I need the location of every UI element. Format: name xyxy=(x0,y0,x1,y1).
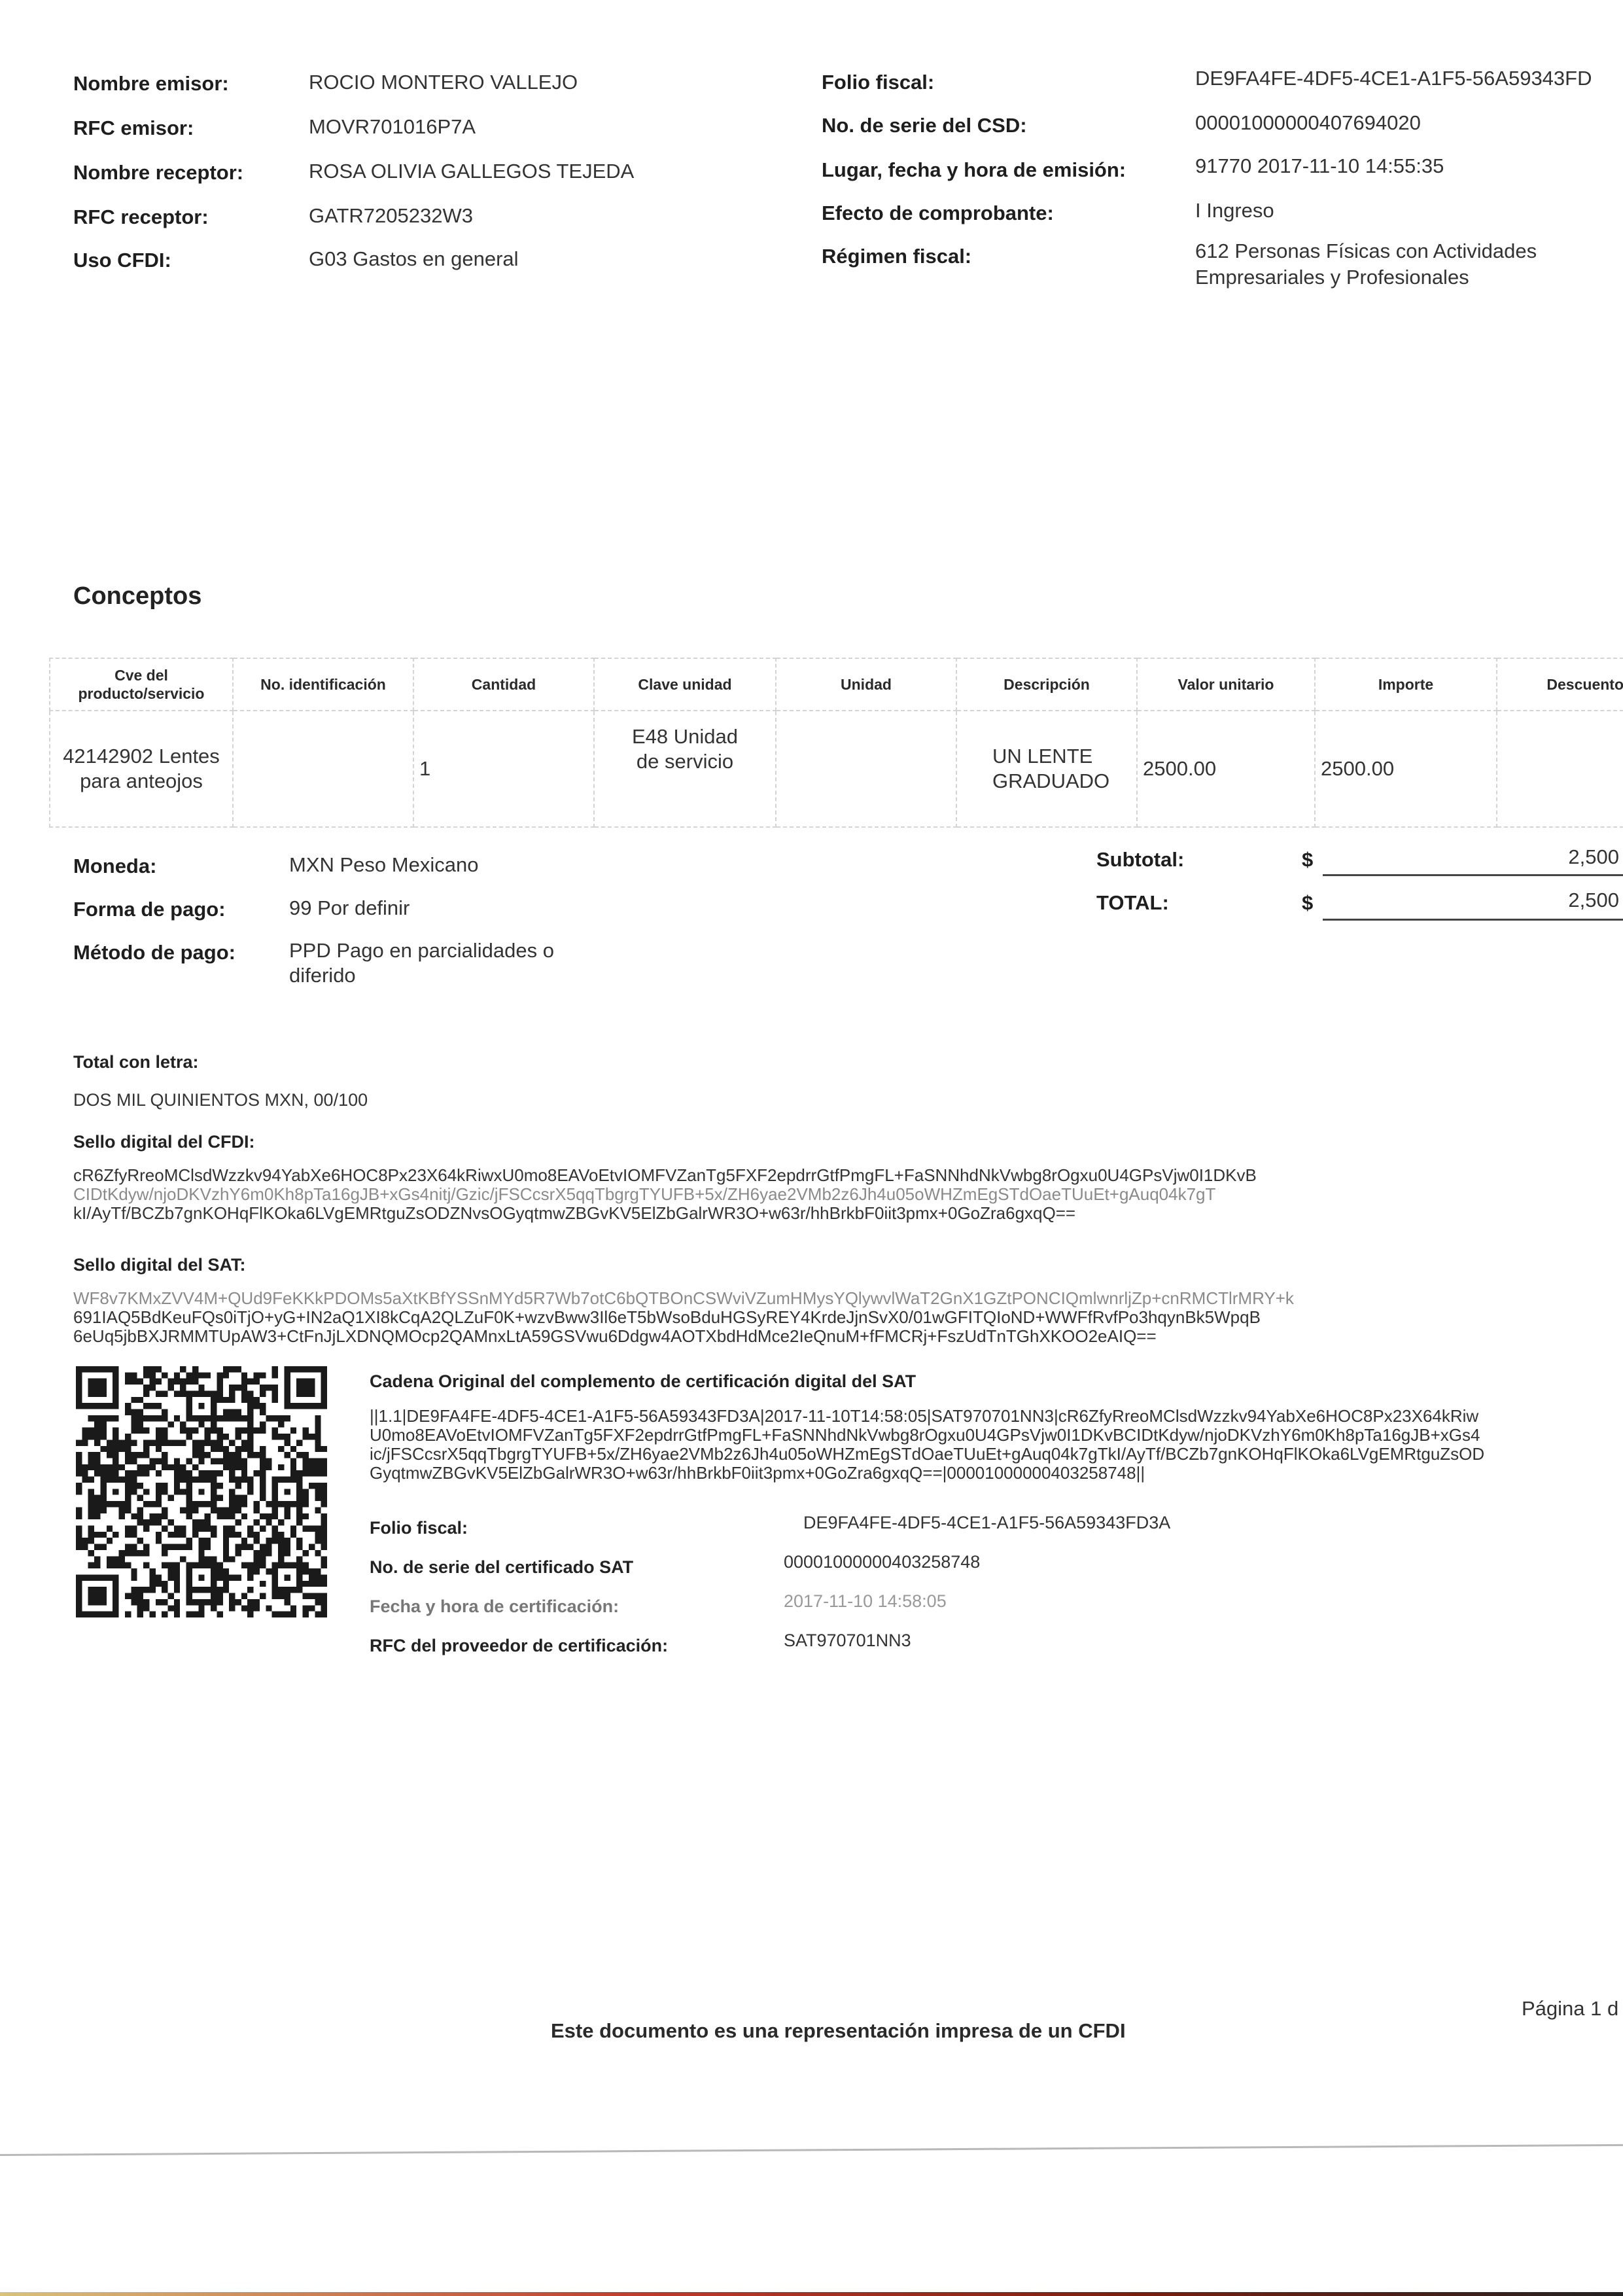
table-header-row: Cve del producto/servicio No. identifica… xyxy=(50,658,1623,711)
sello-sat-line: 6eUq5jbBXJRMMTUpAW3+CtFnJjLXDNQMOcp2QAMn… xyxy=(73,1327,1294,1346)
label-lugar-fecha-emision: Lugar, fecha y hora de emisión: xyxy=(822,158,1126,182)
sello-sat-line: WF8v7KMxZVV4M+QUd9FeKKkPDOMs5aXtKBfYSSnM… xyxy=(73,1289,1294,1308)
cadena-line: GyqtmwZBGvKV5ElZbGalrWR3O+w63r/hhBrkbF0i… xyxy=(370,1464,1484,1483)
cadena-title: Cadena Original del complemento de certi… xyxy=(370,1371,916,1392)
label-regimen-fiscal: Régimen fiscal: xyxy=(822,245,971,268)
col-valor-unitario: Valor unitario xyxy=(1137,658,1315,711)
value-cert-rfc: SAT970701NN3 xyxy=(784,1631,911,1651)
col-unidad: Unidad xyxy=(776,658,956,711)
label-moneda: Moneda: xyxy=(73,855,156,878)
cadena-line: U0mo8EAVoEtvIOMFVZanTg5FXF2epdrrGtfPmgFL… xyxy=(370,1426,1484,1445)
cell-clave-unidad: E48 Unidad de servicio xyxy=(594,711,776,827)
value-folio-fiscal: DE9FA4FE-4DF5-4CE1-A1F5-56A59343FD xyxy=(1195,67,1592,90)
sello-cfdi-line: CIDtKdyw/njoDKVzhY6m0Kh8pTa16gJB+xGs4nit… xyxy=(73,1185,1257,1204)
value-uso-cfdi: G03 Gastos en general xyxy=(309,247,519,271)
value-rfc-emisor: MOVR701016P7A xyxy=(309,115,476,139)
label-rfc-receptor: RFC receptor: xyxy=(73,205,209,229)
conceptos-table: Cve del producto/servicio No. identifica… xyxy=(49,658,1623,828)
value-nombre-receptor: ROSA OLIVIA GALLEGOS TEJEDA xyxy=(309,160,634,183)
col-cve-producto: Cve del producto/servicio xyxy=(50,658,233,711)
cadena-line: ic/jFSCcsrX5qqTbgrgTYUFB+5x/ZH6yae2VMb2z… xyxy=(370,1445,1484,1464)
value-lugar-fecha-emision: 91770 2017-11-10 14:55:35 xyxy=(1195,154,1444,178)
cell-cantidad: 1 xyxy=(413,711,594,827)
label-metodo-pago: Método de pago: xyxy=(73,941,236,964)
label-forma-pago: Forma de pago: xyxy=(73,898,226,921)
col-cantidad: Cantidad xyxy=(413,658,594,711)
value-metodo-pago: PPD Pago en parcialidades o diferido xyxy=(289,938,597,988)
label-efecto-comprobante: Efecto de comprobante: xyxy=(822,202,1054,225)
subtotal-currency: $ xyxy=(1302,848,1313,872)
label-cert-rfc: RFC del proveedor de certificación: xyxy=(370,1636,668,1656)
sello-sat-line: 691IAQ5BdKeuFQs0iTjO+yG+IN2aQ1XI8kCqA2QL… xyxy=(73,1308,1294,1327)
label-cert-folio: Folio fiscal: xyxy=(370,1518,468,1538)
col-importe: Importe xyxy=(1315,658,1497,711)
value-cert-folio: DE9FA4FE-4DF5-4CE1-A1F5-56A59343FD3A xyxy=(803,1513,1170,1533)
total-underline xyxy=(1323,919,1623,921)
value-forma-pago: 99 Por definir xyxy=(289,896,410,920)
scan-edge xyxy=(0,2292,1623,2296)
table-row: 42142902 Lentes para anteojos 1 E48 Unid… xyxy=(50,711,1623,827)
value-serie-csd: 00001000000407694020 xyxy=(1195,111,1421,135)
conceptos-title: Conceptos xyxy=(73,582,201,610)
label-uso-cfdi: Uso CFDI: xyxy=(73,249,171,272)
cell-descripcion: UN LENTE GRADUADO xyxy=(956,711,1137,827)
col-descuento: Descuento xyxy=(1497,658,1623,711)
col-clave-unidad: Clave unidad xyxy=(594,658,776,711)
page-number: Página 1 d xyxy=(1522,1997,1618,2021)
value-nombre-emisor: ROCIO MONTERO VALLEJO xyxy=(309,71,578,94)
sello-cfdi-line: cR6ZfyRreoMClsdWzzkv94YabXe6HOC8Px23X64k… xyxy=(73,1166,1257,1185)
value-total: 2,500 xyxy=(1568,889,1619,912)
value-efecto-comprobante: I Ingreso xyxy=(1195,199,1274,222)
value-moneda: MXN Peso Mexicano xyxy=(289,853,478,877)
col-no-identificacion: No. identificación xyxy=(233,658,413,711)
footer-note: Este documento es una representación imp… xyxy=(551,2019,1126,2043)
label-sello-cfdi: Sello digital del CFDI: xyxy=(73,1132,255,1152)
page-fold-line xyxy=(0,2144,1623,2156)
qr-code-icon xyxy=(73,1366,330,1617)
value-total-letra: DOS MIL QUINIENTOS MXN, 00/100 xyxy=(73,1090,368,1110)
label-total: TOTAL: xyxy=(1096,891,1169,915)
cell-descuento xyxy=(1497,711,1623,827)
col-descripcion: Descripción xyxy=(956,658,1137,711)
cadena-line: ||1.1|DE9FA4FE-4DF5-4CE1-A1F5-56A59343FD… xyxy=(370,1407,1484,1426)
label-nombre-receptor: Nombre receptor: xyxy=(73,161,243,185)
cadena-text: ||1.1|DE9FA4FE-4DF5-4CE1-A1F5-56A59343FD… xyxy=(370,1407,1484,1483)
cell-no-identificacion xyxy=(233,711,413,827)
sello-sat-text: WF8v7KMxZVV4M+QUd9FeKKkPDOMs5aXtKBfYSSnM… xyxy=(73,1289,1294,1346)
label-cert-serie: No. de serie del certificado SAT xyxy=(370,1557,633,1578)
total-currency: $ xyxy=(1302,891,1313,915)
cell-unidad xyxy=(776,711,956,827)
subtotal-underline xyxy=(1323,874,1623,876)
value-regimen-fiscal: 612 Personas Físicas con Actividades Emp… xyxy=(1195,238,1588,291)
label-cert-fecha: Fecha y hora de certificación: xyxy=(370,1597,619,1617)
value-cert-serie: 00001000000403258748 xyxy=(784,1552,980,1572)
value-subtotal: 2,500 xyxy=(1568,845,1619,869)
value-cert-fecha: 2017-11-10 14:58:05 xyxy=(784,1591,947,1612)
sello-cfdi-text: cR6ZfyRreoMClsdWzzkv94YabXe6HOC8Px23X64k… xyxy=(73,1166,1257,1223)
label-sello-sat: Sello digital del SAT: xyxy=(73,1255,246,1275)
label-subtotal: Subtotal: xyxy=(1096,848,1184,872)
cell-cve: 42142902 Lentes para anteojos xyxy=(50,711,233,827)
label-folio-fiscal: Folio fiscal: xyxy=(822,71,934,94)
cell-importe: 2500.00 xyxy=(1315,711,1497,827)
cell-valor-unitario: 2500.00 xyxy=(1137,711,1315,827)
sello-cfdi-line: kI/AyTf/BCZb7gnKOHqFlKOka6LVgEMRtguZsODZ… xyxy=(73,1204,1257,1223)
label-nombre-emisor: Nombre emisor: xyxy=(73,72,229,96)
label-rfc-emisor: RFC emisor: xyxy=(73,116,194,140)
value-rfc-receptor: GATR7205232W3 xyxy=(309,204,473,228)
label-total-letra: Total con letra: xyxy=(73,1052,199,1072)
label-serie-csd: No. de serie del CSD: xyxy=(822,114,1027,137)
